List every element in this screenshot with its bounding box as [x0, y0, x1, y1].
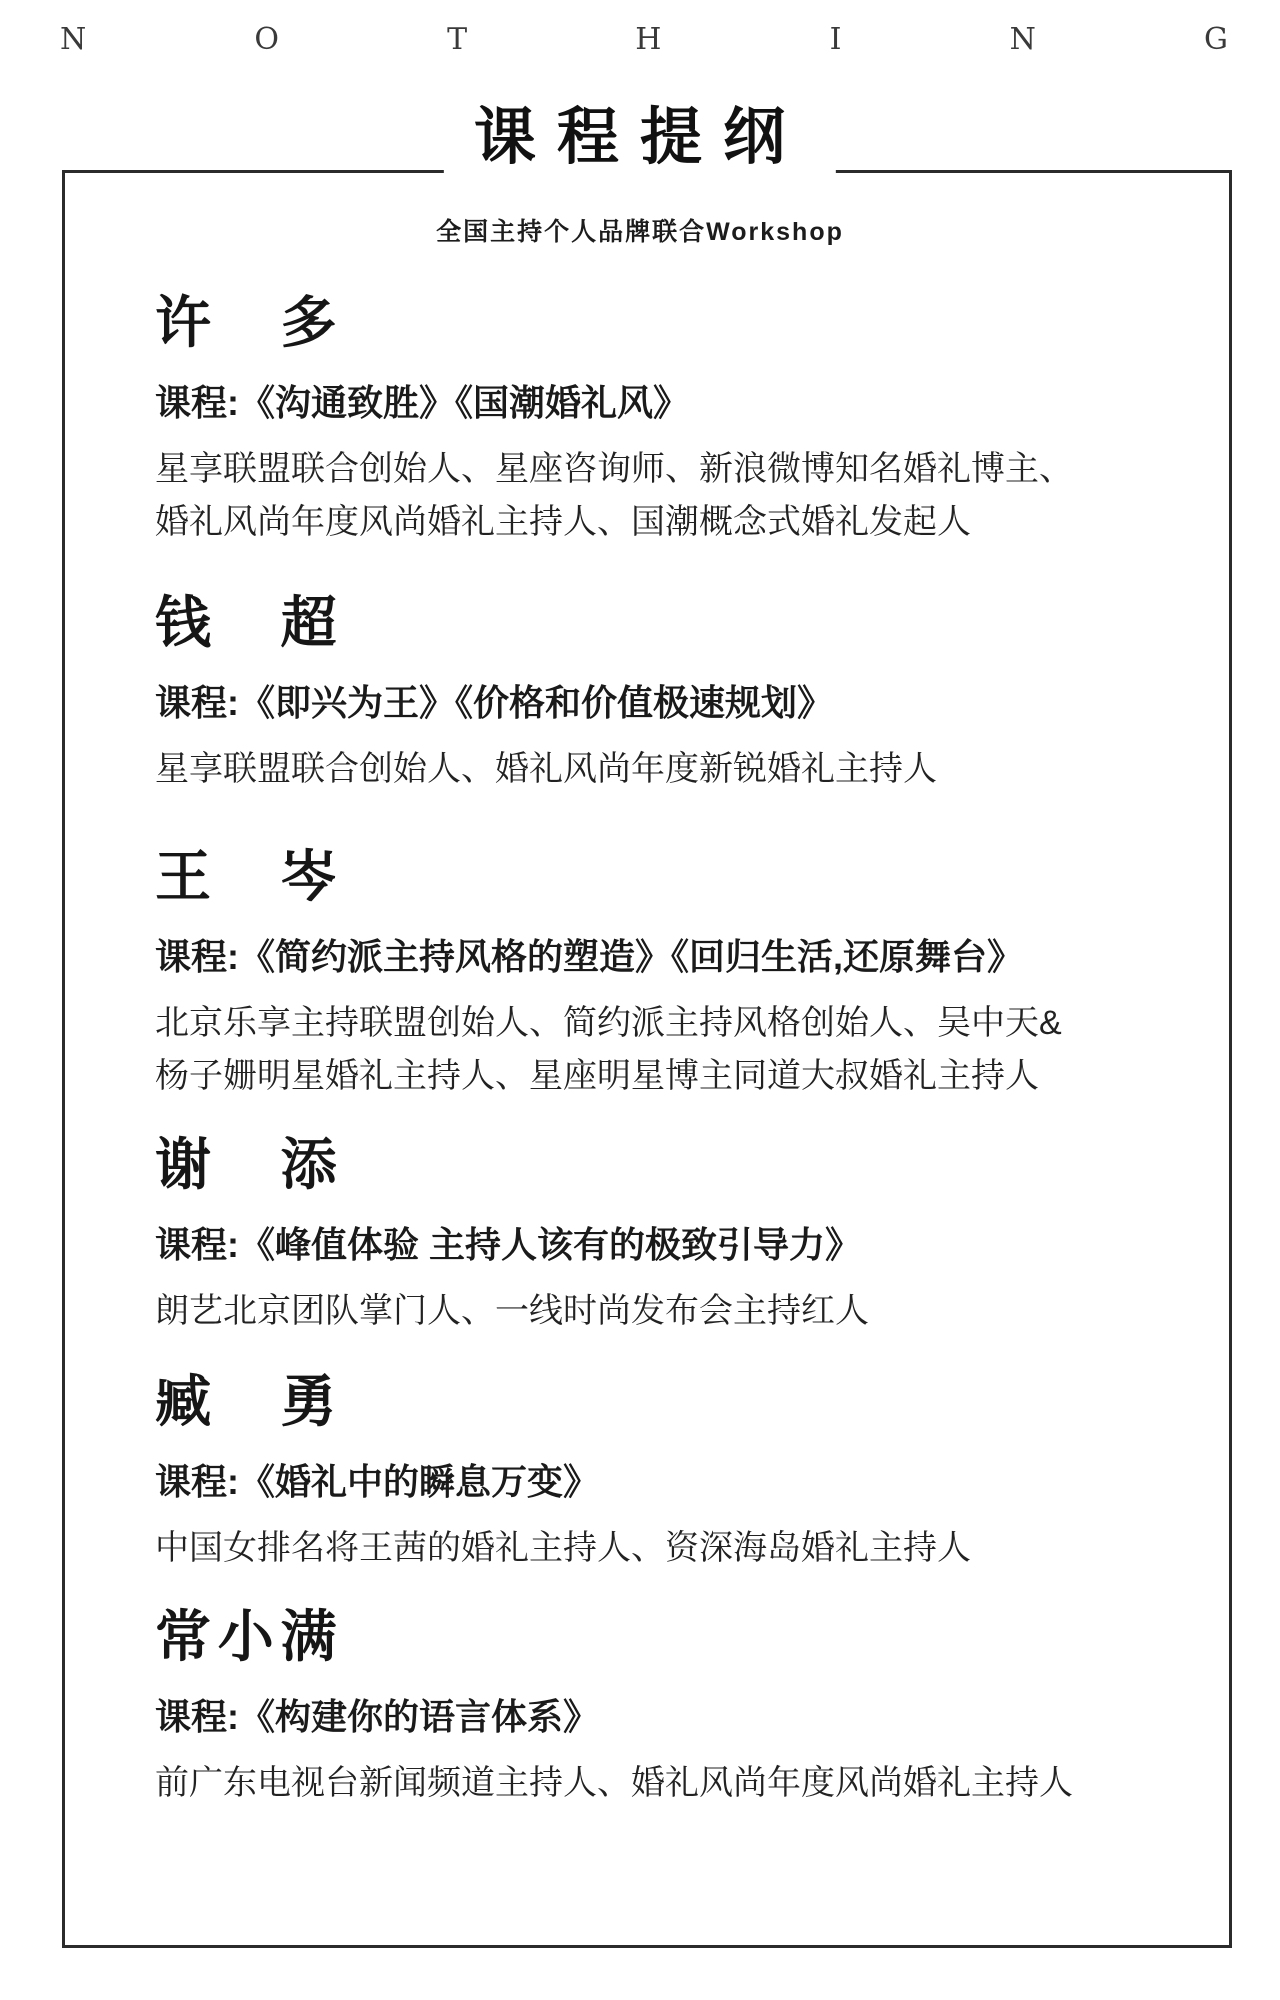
speaker-credentials-line: 中国女排名将王茜的婚礼主持人、资深海岛婚礼主持人	[155, 1522, 1170, 1575]
speaker-section-2: 钱 超 课程:《即兴为王》《价格和价值极速规划》 星享联盟联合创始人、婚礼风尚年…	[155, 596, 1170, 796]
watermark-letter: H	[635, 22, 661, 57]
speaker-course-line: 课程:《婚礼中的瞬息万变》	[155, 1461, 1170, 1502]
watermark-letter: O	[254, 22, 279, 57]
watermark-letter: N	[60, 22, 86, 57]
speaker-course-line: 课程:《沟通致胜》《国潮婚礼风》	[155, 382, 1170, 423]
watermark-letter: T	[447, 22, 467, 57]
speaker-course-line: 课程:《峰值体验 主持人该有的极致引导力》	[155, 1224, 1170, 1265]
speaker-name: 谢 添	[155, 1138, 1170, 1194]
speaker-credentials-line: 婚礼风尚年度风尚婚礼主持人、国潮概念式婚礼发起人	[155, 496, 1170, 549]
speaker-credentials: 朗艺北京团队掌门人、一线时尚发布会主持红人	[155, 1285, 1170, 1338]
speaker-credentials: 星享联盟联合创始人、婚礼风尚年度新锐婚礼主持人	[155, 743, 1170, 796]
speaker-section-4: 谢 添 课程:《峰值体验 主持人该有的极致引导力》 朗艺北京团队掌门人、一线时尚…	[155, 1138, 1170, 1338]
nothing-watermark: N O T H I N G	[60, 22, 1228, 57]
title-block: 课程提纲	[444, 100, 836, 178]
speaker-credentials: 前广东电视台新闻频道主持人、婚礼风尚年度风尚婚礼主持人	[155, 1757, 1170, 1810]
speaker-section-5: 臧 勇 课程:《婚礼中的瞬息万变》 中国女排名将王茜的婚礼主持人、资深海岛婚礼主…	[155, 1375, 1170, 1575]
speaker-name: 钱 超	[155, 596, 1170, 652]
watermark-letter: N	[1010, 22, 1036, 57]
speaker-name: 王 岑	[155, 850, 1170, 906]
speaker-credentials-line: 北京乐享主持联盟创始人、简约派主持风格创始人、吴中天&	[155, 997, 1170, 1050]
page-subtitle: 全国主持个人品牌联合Workshop	[0, 212, 1280, 248]
speaker-course-line: 课程:《即兴为王》《价格和价值极速规划》	[155, 682, 1170, 723]
speaker-section-3: 王 岑 课程:《简约派主持风格的塑造》《回归生活,还原舞台》 北京乐享主持联盟创…	[155, 850, 1170, 1103]
speaker-credentials-line: 星享联盟联合创始人、星座咨询师、新浪微博知名婚礼博主、	[155, 443, 1170, 496]
speaker-credentials-line: 杨子姗明星婚礼主持人、星座明星博主同道大叔婚礼主持人	[155, 1050, 1170, 1103]
watermark-letter: G	[1204, 22, 1228, 57]
page-title: 课程提纲	[474, 100, 806, 178]
speaker-name: 臧 勇	[155, 1375, 1170, 1431]
speaker-credentials-line: 星享联盟联合创始人、婚礼风尚年度新锐婚礼主持人	[155, 743, 1170, 796]
speaker-section-1: 许 多 课程:《沟通致胜》《国潮婚礼风》 星享联盟联合创始人、星座咨询师、新浪微…	[155, 296, 1170, 549]
speaker-course-line: 课程:《构建你的语言体系》	[155, 1696, 1170, 1737]
speaker-name: 许 多	[155, 296, 1170, 352]
speaker-credentials-line: 前广东电视台新闻频道主持人、婚礼风尚年度风尚婚礼主持人	[155, 1757, 1170, 1810]
speaker-credentials-line: 朗艺北京团队掌门人、一线时尚发布会主持红人	[155, 1285, 1170, 1338]
speaker-credentials: 北京乐享主持联盟创始人、简约派主持风格创始人、吴中天& 杨子姗明星婚礼主持人、星…	[155, 997, 1170, 1102]
speaker-name: 常小满	[155, 1610, 1170, 1666]
speaker-section-6: 常小满 课程:《构建你的语言体系》 前广东电视台新闻频道主持人、婚礼风尚年度风尚…	[155, 1610, 1170, 1810]
poster-page: N O T H I N G 课程提纲 全国主持个人品牌联合Workshop 许 …	[0, 0, 1280, 2000]
speaker-credentials: 星享联盟联合创始人、星座咨询师、新浪微博知名婚礼博主、 婚礼风尚年度风尚婚礼主持…	[155, 443, 1170, 548]
speaker-credentials: 中国女排名将王茜的婚礼主持人、资深海岛婚礼主持人	[155, 1522, 1170, 1575]
watermark-letter: I	[830, 22, 842, 57]
speaker-course-line: 课程:《简约派主持风格的塑造》《回归生活,还原舞台》	[155, 936, 1170, 977]
